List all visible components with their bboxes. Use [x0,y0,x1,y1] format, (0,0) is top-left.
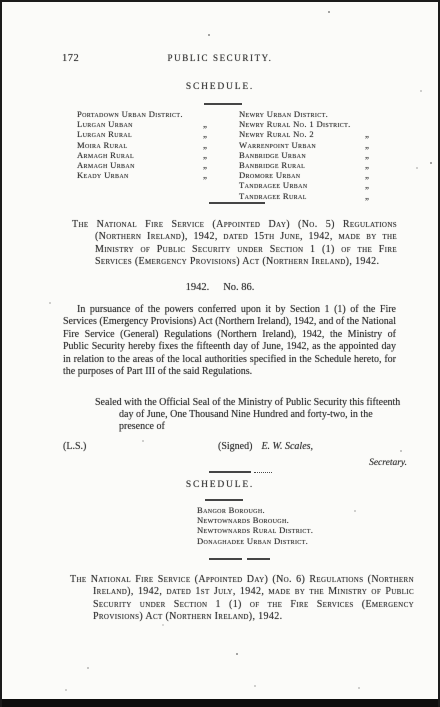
ditto-mark: „ [203,170,208,180]
district-row: Moira Rural„ [77,140,235,150]
ditto-mark: „ [365,170,370,180]
district-name: Newry Urban District. [239,109,365,119]
ditto-mark: „ [365,129,370,139]
signatory-name: E. W. Scales, [261,441,313,452]
ditto-mark: „ [203,119,208,129]
ditto-mark: „ [203,129,208,139]
regulation-number-line: 1942.No. 86. [2,282,438,293]
ditto-mark: „ [365,140,370,150]
seal-mark: (L.S.) [63,441,86,452]
ditto-mark: „ [203,150,208,160]
borough-schedule-list: Bangor Borough. Newtownards Borough. New… [197,505,313,546]
list-item: Newtownards Rural District. [197,525,313,535]
scan-speckle [430,162,432,164]
district-name: Keady Urban [77,170,203,180]
district-row: Tandragee Urban„ [239,180,411,190]
district-name: Tandragee Urban [239,180,365,190]
scan-speckle [142,440,144,442]
district-name: Tandragee Rural [239,191,365,201]
horizontal-rule [209,558,242,560]
horizontal-rule [209,471,251,473]
district-row: Tandragee Rural„ [239,191,411,201]
horizontal-rule [209,202,265,204]
scan-speckle [358,687,360,689]
scan-speckle [87,667,89,669]
ditto-mark: „ [203,160,208,170]
scan-speckle [49,302,51,304]
district-name: Banbridge Rural [239,160,365,170]
district-row: Newry Rural No. 2„ [239,129,411,139]
district-name: Lurgan Urban [77,119,203,129]
scan-speckle [420,90,422,92]
sealed-clause: Sealed with the Official Seal of the Min… [95,397,409,433]
scan-speckle [416,167,418,169]
ditto-mark: „ [365,180,370,190]
horizontal-rule-dotted [254,472,272,473]
scan-speckle [65,689,67,691]
district-row: Banbridge Rural„ [239,160,411,170]
list-item: Newtownards Borough. [197,515,313,525]
district-name: Newry Rural No. 1 District. [239,119,365,129]
scan-speckle [328,11,330,13]
district-row: Keady Urban„ [77,170,235,180]
ditto-mark: „ [365,191,370,201]
district-row: Dromore Urban„ [239,170,411,180]
district-row: Lurgan Rural„ [77,129,235,139]
regulation-no5-title: The National Fire Service (Appointed Day… [72,219,397,269]
horizontal-rule [204,103,242,105]
scan-bottom-edge [0,699,440,707]
signature-line: (Signed)E. W. Scales, [218,441,313,452]
district-name: Armagh Rural [77,150,203,160]
schedule-heading-top: SCHEDULE. [2,82,438,92]
district-row: Armagh Rural„ [77,150,235,160]
district-list-left: Portadown Urban District. Lurgan Urban„ … [77,109,235,180]
scanned-document-page: 172 PUBLIC SECURITY. SCHEDULE. Portadown… [0,0,440,707]
ditto-mark: „ [203,140,208,150]
scan-speckle [208,34,210,36]
district-row: Newry Urban District. [239,109,411,119]
district-name: Lurgan Rural [77,129,203,139]
regulation-body-paragraph: In pursuance of the powers conferred upo… [63,304,396,378]
scan-speckle [254,685,256,687]
district-row: Warrenpoint Urban„ [239,140,411,150]
district-row: Portadown Urban District. [77,109,235,119]
district-name: Portadown Urban District. [77,109,203,119]
district-name: Moira Rural [77,140,203,150]
horizontal-rule [205,499,243,501]
district-row: Lurgan Urban„ [77,119,235,129]
scan-speckle [162,624,164,626]
district-name: Newry Rural No. 2 [239,129,365,139]
ditto-mark: „ [365,160,370,170]
district-row: Armagh Urban„ [77,160,235,170]
regulation-year: 1942. [186,282,210,293]
list-item: Bangor Borough. [197,505,313,515]
running-header: PUBLIC SECURITY. [2,53,438,63]
regulation-no6-title: The National Fire Service (Appointed Day… [70,574,414,624]
horizontal-rule [247,558,270,560]
district-name: Warrenpoint Urban [239,140,365,150]
regulation-serial: No. 86. [223,282,254,293]
signed-label: (Signed) [218,441,252,452]
district-name: Dromore Urban [239,170,365,180]
ditto-mark: „ [365,150,370,160]
district-name: Armagh Urban [77,160,203,170]
scan-speckle [400,450,402,452]
list-item: Donaghadee Urban District. [197,536,313,546]
district-row: Newry Rural No. 1 District. [239,119,411,129]
district-name: Banbridge Urban [239,150,365,160]
signatory-title: Secretary. [63,458,409,468]
district-list-right: Newry Urban District. Newry Rural No. 1 … [239,109,411,201]
scan-speckle [236,653,238,655]
scan-speckle [354,510,356,512]
schedule-heading-lower: SCHEDULE. [2,480,438,490]
district-row: Banbridge Urban„ [239,150,411,160]
